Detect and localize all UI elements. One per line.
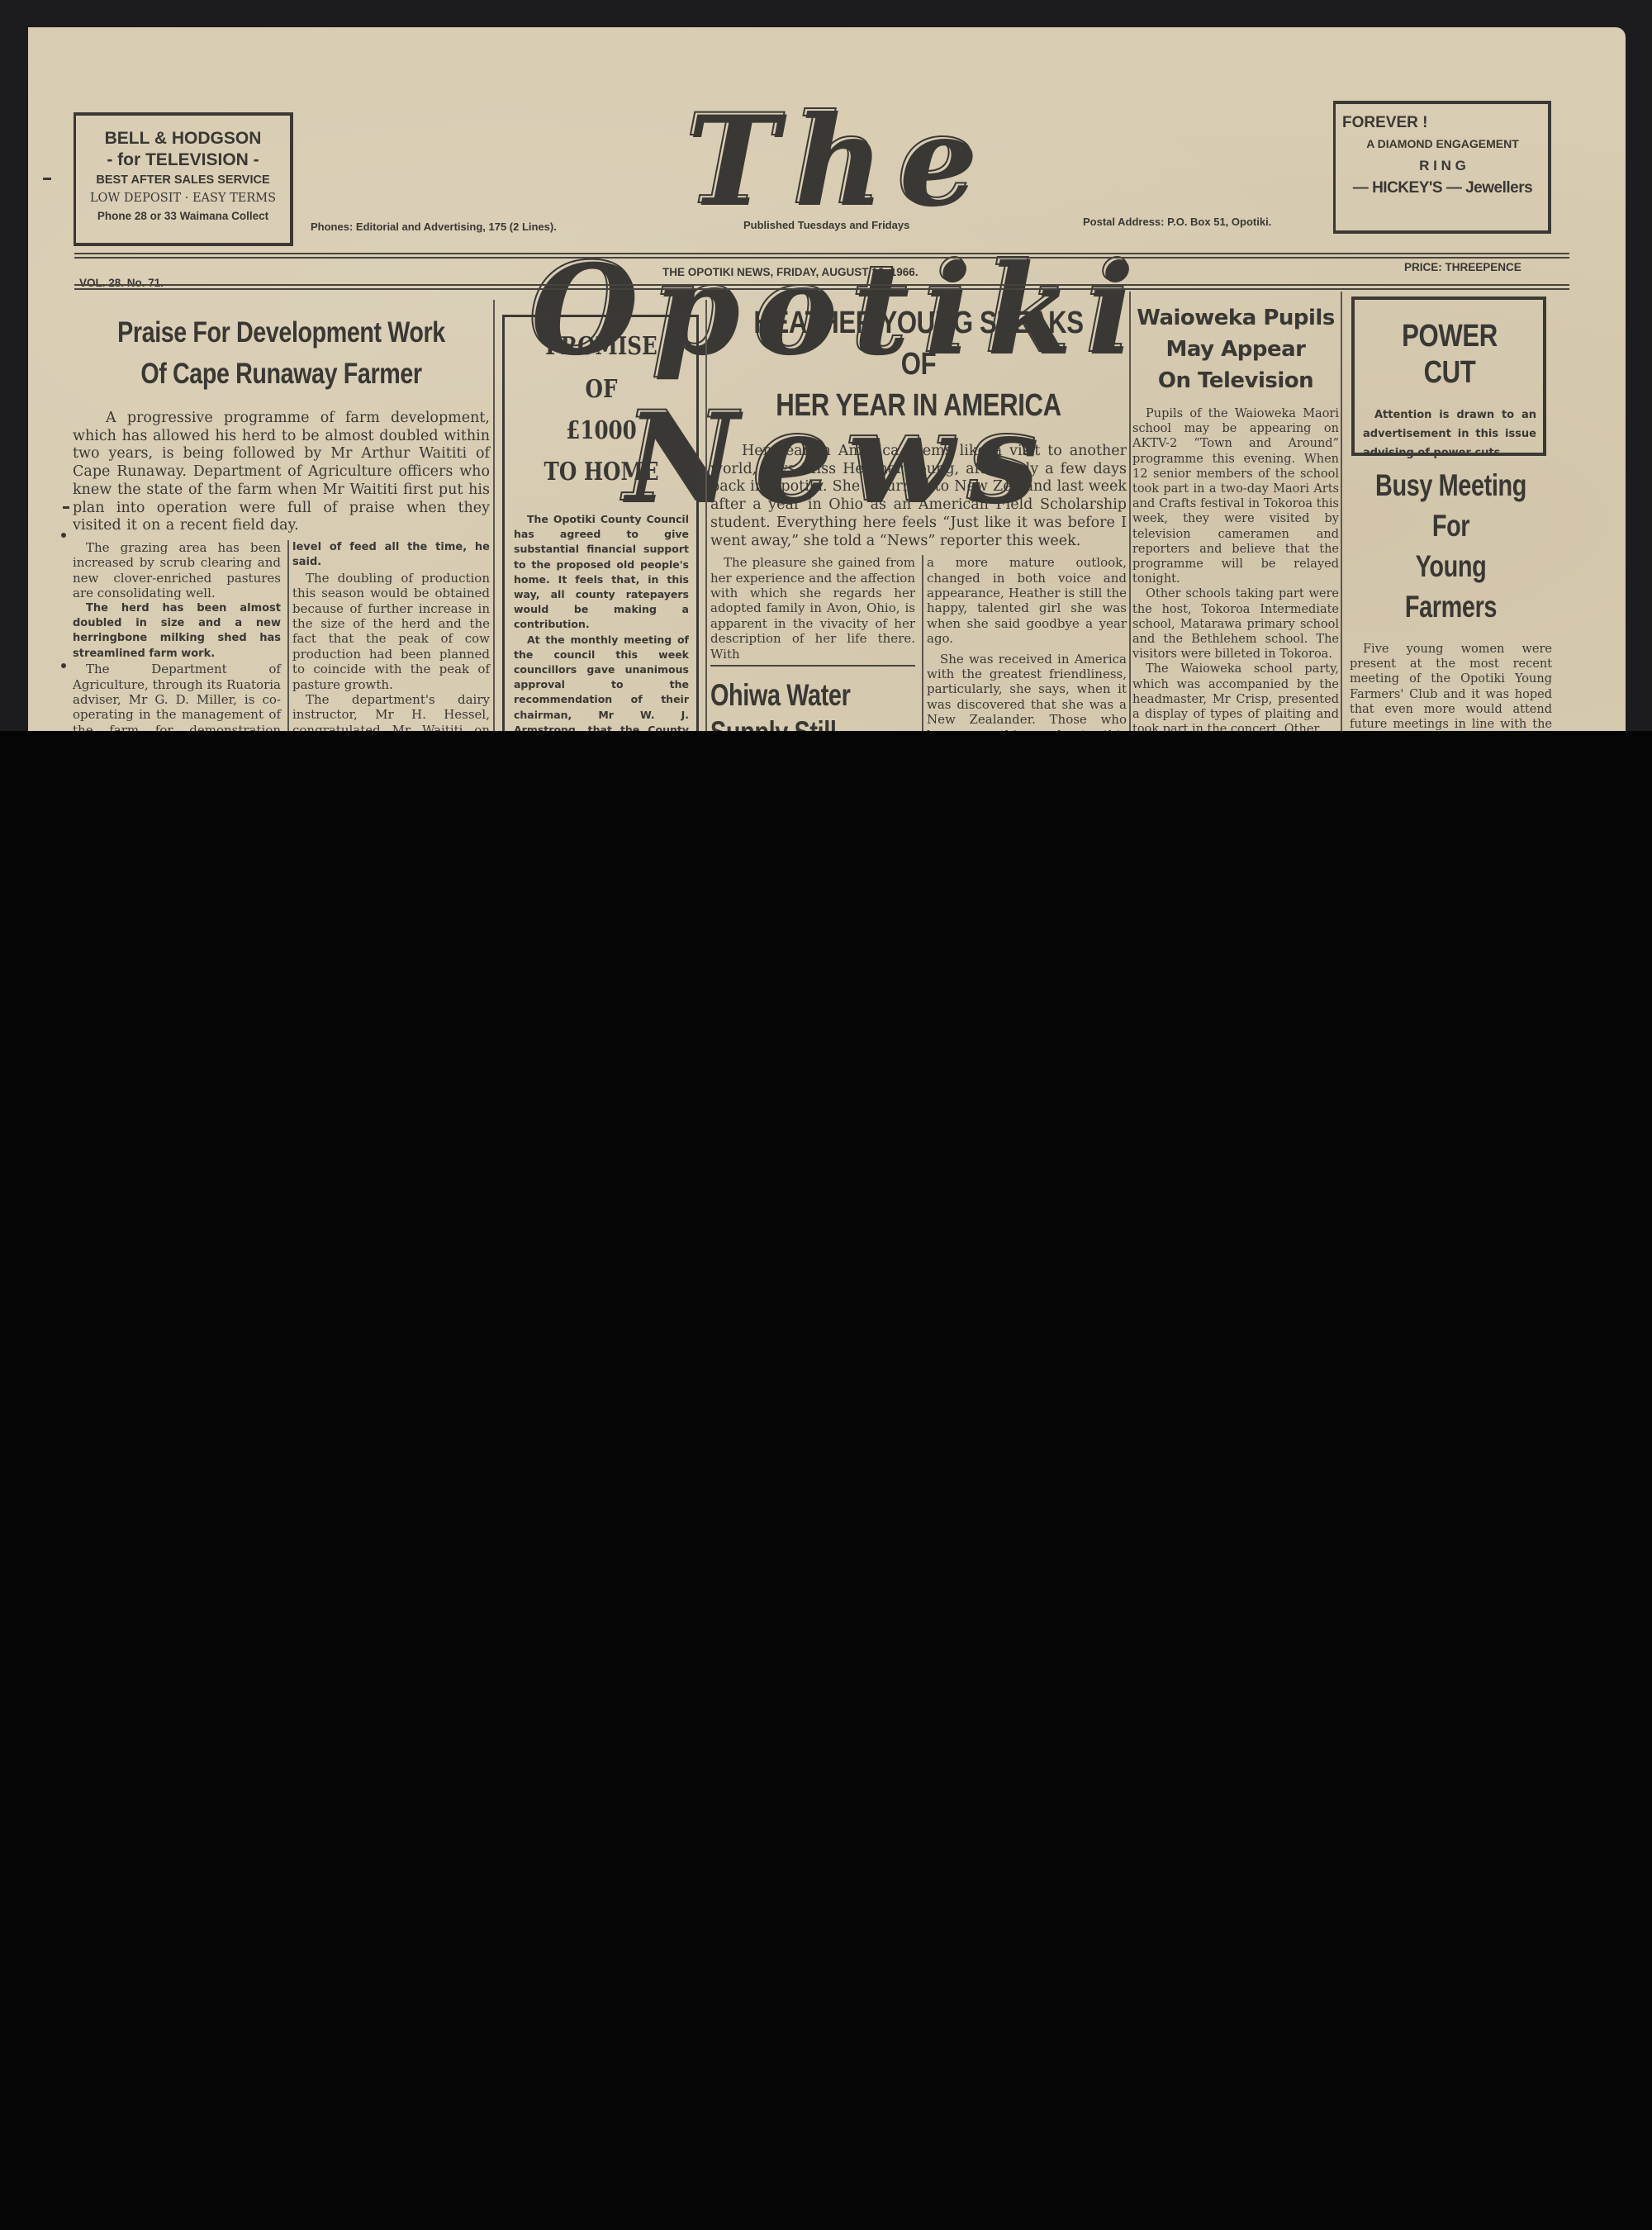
paragraph: a more mature outlook, changed in both v… [927, 555, 1127, 646]
paragraph: The grazing area has been increased by s… [73, 540, 281, 601]
ad-line: BEST AFTER SALES SERVICE [76, 171, 290, 189]
ad-line: Phone 28 or 33 Waimana Collect [76, 207, 290, 225]
article-waioweka: Waioweka Pupils May Appear On Television… [1132, 302, 1339, 731]
divider [710, 665, 915, 667]
article-body: Pupils of the Waioweka Maori school may … [1132, 406, 1339, 731]
margin-mark [43, 178, 51, 180]
ad-line: BELL & HODGSON [76, 127, 290, 149]
ad-line: R I N G [1342, 154, 1543, 177]
headline: HEATHER YOUNG SPEAKS OF [748, 302, 1089, 385]
rule [74, 284, 1569, 286]
paragraph: The Opotiki County Council has agreed to… [514, 512, 689, 633]
article-column: a more mature outlook, changed in both v… [922, 555, 1127, 731]
headline: Young Farmers [1372, 546, 1530, 627]
headline: For [1372, 505, 1530, 546]
article-lead: Her year in America seems like a visit t… [710, 443, 1127, 550]
paragraph: The doubling of production this season w… [292, 571, 490, 692]
paragraph: At the monthly meeting of the council th… [514, 633, 689, 731]
ad-line: - for TELEVISION - [76, 149, 290, 171]
paragraph-bold: The herd has been almost doubled in size… [73, 601, 281, 662]
ad-hickeys-jewellers: FOREVER ! A DIAMOND ENGAGEMENT R I N G —… [1333, 101, 1551, 234]
paragraph: Pupils of the Waioweka Maori school may … [1132, 406, 1339, 586]
ad-line: A DIAMOND ENGAGEMENT [1342, 134, 1543, 154]
headline: POWER CUT [1379, 318, 1521, 391]
headline: Supply Still [710, 714, 870, 731]
headline: Busy Meeting [1372, 465, 1530, 505]
paragraph: The Department of Agriculture, through i… [73, 662, 281, 731]
column-rule [705, 300, 707, 731]
article-body: The Opotiki County Council has agreed to… [514, 512, 689, 731]
ad-line: — HICKEY'S — Jewellers [1342, 177, 1543, 199]
rule [74, 288, 1569, 290]
headline: £1000 [529, 411, 673, 451]
headline: PROMISE OF [529, 325, 673, 411]
headline: TO HOME [529, 451, 673, 494]
ad-line: FOREVER ! [1342, 112, 1543, 134]
article-column: The pleasure she gained from her experie… [710, 555, 915, 731]
newspaper-page: BELL & HODGSON - for TELEVISION - BEST A… [28, 27, 1626, 731]
dateline: THE OPOTIKI NEWS, FRIDAY, AUGUST 12, 196… [662, 266, 919, 278]
article-heather: HEATHER YOUNG SPEAKS OF HER YEAR IN AMER… [710, 302, 1127, 731]
column-rule [1129, 292, 1131, 731]
headline: Praise For Development Work [110, 312, 452, 353]
column-rule [493, 300, 495, 731]
article-farmer: Praise For Development Work Of Cape Runa… [73, 312, 490, 731]
rule [74, 257, 1569, 259]
article-young-farmers: Busy Meeting For Young Farmers Five youn… [1350, 465, 1552, 731]
paragraph: Five young women were present at the mos… [1350, 642, 1552, 731]
article-column: level of feed all the time, he said. The… [287, 540, 490, 731]
margin-mark [61, 533, 66, 538]
notice-body: Attention is drawn to an advertisement i… [1363, 406, 1536, 463]
ad-line: LOW DEPOSIT · EASY TERMS [76, 189, 290, 207]
notice-power-cut: POWER CUT Attention is drawn to an adver… [1351, 297, 1546, 456]
headline: Waioweka Pupils [1132, 302, 1339, 334]
price: PRICE: THREEPENCE [1404, 261, 1521, 273]
article-promise: PROMISE OF £1000 TO HOME The Opotiki Cou… [502, 315, 699, 731]
headline: HER YEAR IN AMERICA [748, 385, 1089, 426]
headline: On Television [1132, 365, 1339, 396]
published-line: Published Tuesdays and Fridays [743, 219, 909, 231]
paragraph: She was received in America with the gre… [927, 652, 1127, 731]
phones-line: Phones: Editorial and Advertising, 175 (… [311, 221, 557, 233]
headline: Of Cape Runaway Farmer [110, 353, 452, 395]
article-column: The grazing area has been increased by s… [73, 540, 281, 731]
article-lead: A progressive programme of farm developm… [73, 410, 490, 535]
masthead-title: The Opotiki News [392, 85, 1284, 234]
article-body: Five young women were present at the mos… [1350, 642, 1552, 731]
volume-number: VOL. 28. No. 71. [79, 277, 164, 289]
headline: Ohiwa Water [710, 676, 870, 714]
margin-mark [63, 506, 69, 509]
paragraph: The Waioweka school party, which was acc… [1132, 662, 1339, 731]
paragraph-bold: level of feed all the time, he said. [292, 540, 490, 571]
rule [74, 253, 1569, 254]
paragraph-wrap: The pleasure she gained from her experie… [710, 555, 915, 662]
paragraph: The department's dairy instructor, Mr H.… [292, 692, 490, 731]
paragraph: Other schools taking part were the host,… [1132, 586, 1339, 662]
postal-address: Postal Address: P.O. Box 51, Opotiki. [1083, 216, 1271, 228]
ad-bell-hodgson: BELL & HODGSON - for TELEVISION - BEST A… [74, 112, 293, 246]
paragraph: The pleasure she gained from her experie… [710, 555, 915, 662]
column-rule [1341, 292, 1342, 731]
headline: May Appear [1132, 334, 1339, 365]
margin-mark [61, 663, 66, 668]
